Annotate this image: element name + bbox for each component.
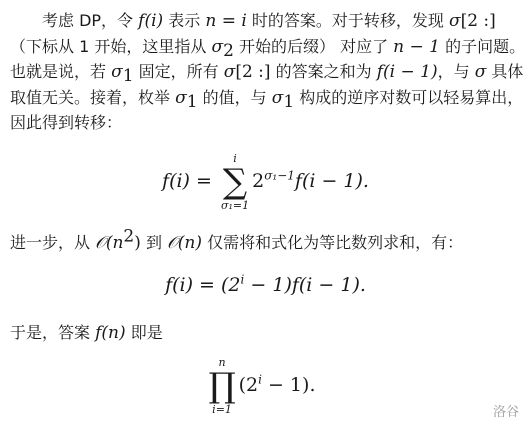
math-sigma: σ [111, 62, 123, 82]
pi-product-icon: ∏ [209, 369, 236, 403]
formula-rhs: − 1)f(i − 1). [244, 274, 366, 296]
text: 取值无关。接着，枚举 [10, 88, 175, 107]
math-superscript: 2 [123, 227, 134, 247]
math-arg: (n [106, 233, 124, 253]
math-big-o: 𝒪 [95, 233, 106, 253]
math-f-i: f(i) [138, 11, 163, 31]
text: 即是 [126, 323, 163, 342]
text: 表示 [163, 11, 205, 30]
paragraph-line: 也就是说，若 σ1 固定，所有 σ[2 :] 的答案之和为 f(i − 1)，与… [10, 59, 525, 85]
paragraph-line: 进一步，从 𝒪(n2) 到 𝒪(n) 仅需将和式化为等比数列求和，有： [10, 230, 525, 256]
math-sigma: σ [475, 62, 487, 82]
paragraph-answer: 于是，答案 f(n) 即是 [10, 320, 525, 346]
text: 开始的后缀） 对应了 [234, 37, 393, 56]
math-subscript: 1 [123, 66, 134, 86]
math-subscript: 1 [283, 92, 294, 112]
text: 的子问题。 [440, 37, 525, 56]
text: 的答案之和为 [271, 62, 377, 81]
sum-lower-limit: σ₁=1 [221, 199, 249, 212]
text: 具体 [486, 62, 523, 81]
math-sigma: σ [272, 88, 284, 108]
formula-rest: − 1). [262, 374, 316, 396]
text: 仅需将和式化为等比数列求和，有： [202, 233, 463, 252]
luogu-watermark: 洛谷 [493, 401, 519, 420]
formula-base: 2 [252, 170, 264, 192]
summation-operator: i ∑ σ₁=1 [221, 152, 249, 212]
text: （下标从 1 开始，这里指从 [10, 37, 211, 56]
text: 进一步，从 [10, 233, 95, 252]
paragraph-line: 因此得到转移： [10, 110, 525, 136]
formula-final-product: n ∏ i=1 (2i − 1). [0, 356, 531, 416]
paragraph-dp-intro: 考虑 DP，令 f(i) 表示 n = i 时的答案。对于转移，发现 σ[2 :… [10, 8, 525, 136]
formula-transition-sum: f(i) = i ∑ σ₁=1 2σ₁−1f(i − 1). [0, 152, 531, 212]
paragraph-line: 于是，答案 f(n) 即是 [10, 320, 525, 346]
sigma-sum-icon: ∑ [223, 165, 247, 199]
text: 因此得到转移： [10, 113, 122, 132]
math-sigma: σ [211, 37, 223, 57]
math-arg: (n) [178, 233, 202, 253]
formula-lhs: f(i) = [162, 170, 218, 192]
text: 到 [141, 233, 167, 252]
math-slice: [2 :] [461, 11, 496, 31]
text: 固定，所有 [134, 62, 224, 81]
paragraph-line: 考虑 DP，令 f(i) 表示 n = i 时的答案。对于转移，发现 σ[2 :… [10, 8, 525, 34]
math-sigma: σ [449, 11, 461, 31]
math-sigma: σ [224, 62, 236, 82]
paragraph-optimization: 进一步，从 𝒪(n2) 到 𝒪(n) 仅需将和式化为等比数列求和，有： [10, 230, 525, 256]
formula-open: (2 [239, 374, 259, 396]
math-f-i-minus-1: f(i − 1) [377, 62, 438, 82]
text: 于是，答案 [10, 323, 95, 342]
paragraph-line: （下标从 1 开始，这里指从 σ2 开始的后缀） 对应了 n − 1 的子问题。 [10, 34, 525, 60]
text: 也就是说，若 [10, 62, 111, 81]
math-slice: [2 :] [235, 62, 270, 82]
math-close-paren: ) [134, 233, 141, 253]
text: 考虑 DP，令 [42, 11, 138, 30]
text: ，与 [438, 62, 475, 81]
math-f-n: f(n) [95, 323, 126, 343]
formula-exponent: σ₁−1 [264, 169, 295, 183]
text: 构成的逆序对数可以轻易算出， [294, 88, 523, 107]
formula-rhs: f(i − 1). [295, 170, 369, 192]
formula-lhs: f(i) = (2 [165, 274, 240, 296]
math-n-minus-1: n − 1 [393, 37, 440, 57]
paragraph-line: 取值无关。接着，枚举 σ1 的值，与 σ1 构成的逆序对数可以轻易算出， [10, 85, 525, 111]
math-big-o: 𝒪 [167, 233, 178, 253]
math-subscript: 1 [187, 92, 198, 112]
formula-closed-transition: f(i) = (2i − 1)f(i − 1). [0, 274, 531, 296]
math-sigma: σ [175, 88, 187, 108]
text: 的值，与 [198, 88, 272, 107]
prod-lower-limit: i=1 [212, 403, 232, 416]
math-subscript: 2 [223, 41, 234, 61]
text: 时的答案。对于转移，发现 [247, 11, 449, 30]
product-operator: n ∏ i=1 [209, 356, 236, 416]
math-n-equals-i: n = i [205, 11, 246, 31]
